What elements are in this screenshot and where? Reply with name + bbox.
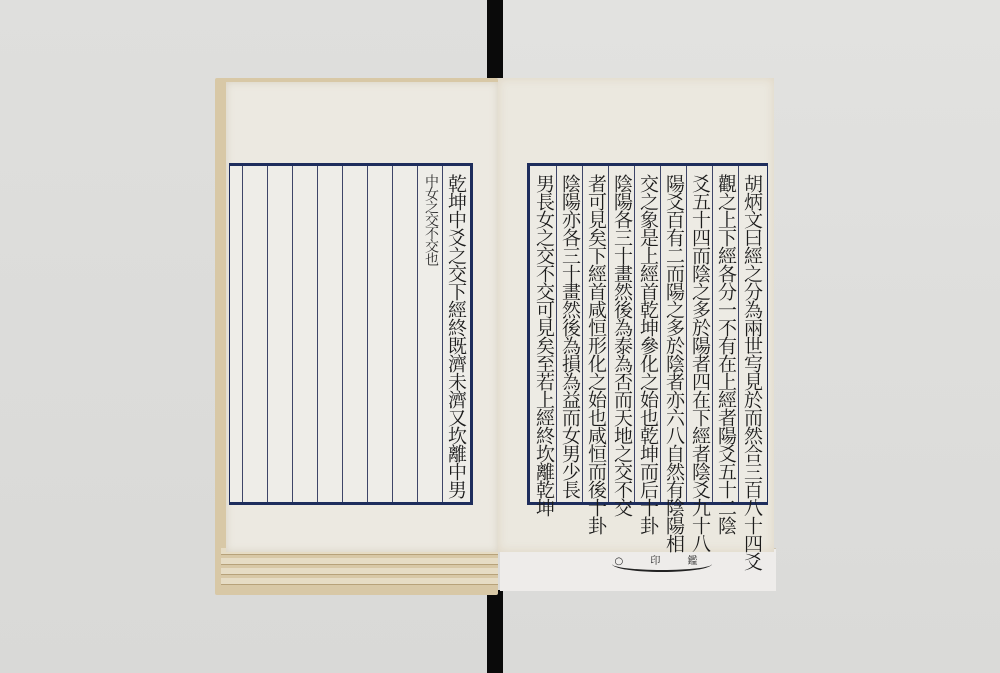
text-column: 觀之上下經各分一不有在上經者陽爻五十二陰 xyxy=(714,174,738,534)
column-rule xyxy=(582,166,583,502)
table-gap-bottom xyxy=(487,590,503,673)
column-rule xyxy=(292,166,293,502)
text-column: 陰陽各三十畫然後為泰為否而天地之交不交 xyxy=(610,174,634,516)
text-column: 交之象是上經首乾坤參化之始也乾坤而后十卦 xyxy=(636,174,660,534)
column-rule xyxy=(738,166,739,502)
column-rule xyxy=(242,166,243,502)
column-rule xyxy=(660,166,661,502)
left-page-frame: 乾坤中爻之交下經終既濟未濟又坎離中男 中女之交不交也 xyxy=(229,163,473,505)
text-column: 男長女之交不交可見矣至若上經終坎離乾坤 xyxy=(532,174,556,516)
text-column: 中女之交不交也 xyxy=(422,174,440,265)
page-edge xyxy=(221,578,498,585)
column-rule xyxy=(392,166,393,502)
table-gap-top xyxy=(487,0,503,78)
column-rule xyxy=(686,166,687,502)
column-rule xyxy=(442,166,443,502)
column-rule xyxy=(608,166,609,502)
column-rule xyxy=(712,166,713,502)
column-rule xyxy=(342,166,343,502)
right-page-frame: 胡炳文曰經之分為兩世㝍見於而然合三百八十四爻 觀之上下經各分一不有在上經者陽爻五… xyxy=(527,163,768,505)
column-rule xyxy=(417,166,418,502)
column-rule xyxy=(367,166,368,502)
text-column: 乾坤中爻之交下經終既濟未濟又坎離中男 xyxy=(444,174,468,498)
text-column: 胡炳文曰經之分為兩世㝍見於而然合三百八十四爻 xyxy=(740,174,764,570)
page-edge xyxy=(221,558,498,565)
text-column: 爻五十四而陰之多於陽者四在下經者陰爻九十八 xyxy=(688,174,712,552)
text-column: 陰陽亦各三十畫然後為損為益而女男少長 xyxy=(558,174,582,498)
column-rule xyxy=(556,166,557,502)
text-column: 陽爻百有二而陽之多於陰者亦六八自然有陰陽相 xyxy=(662,174,686,552)
column-rule xyxy=(267,166,268,502)
column-rule xyxy=(634,166,635,502)
column-rule xyxy=(317,166,318,502)
text-column: 者可見矣下經首咸恒形化之始也咸恒而後十卦 xyxy=(584,174,608,534)
page-edge xyxy=(221,568,498,575)
library-seal-stamp: ○ 印 鑑 xyxy=(612,556,712,572)
